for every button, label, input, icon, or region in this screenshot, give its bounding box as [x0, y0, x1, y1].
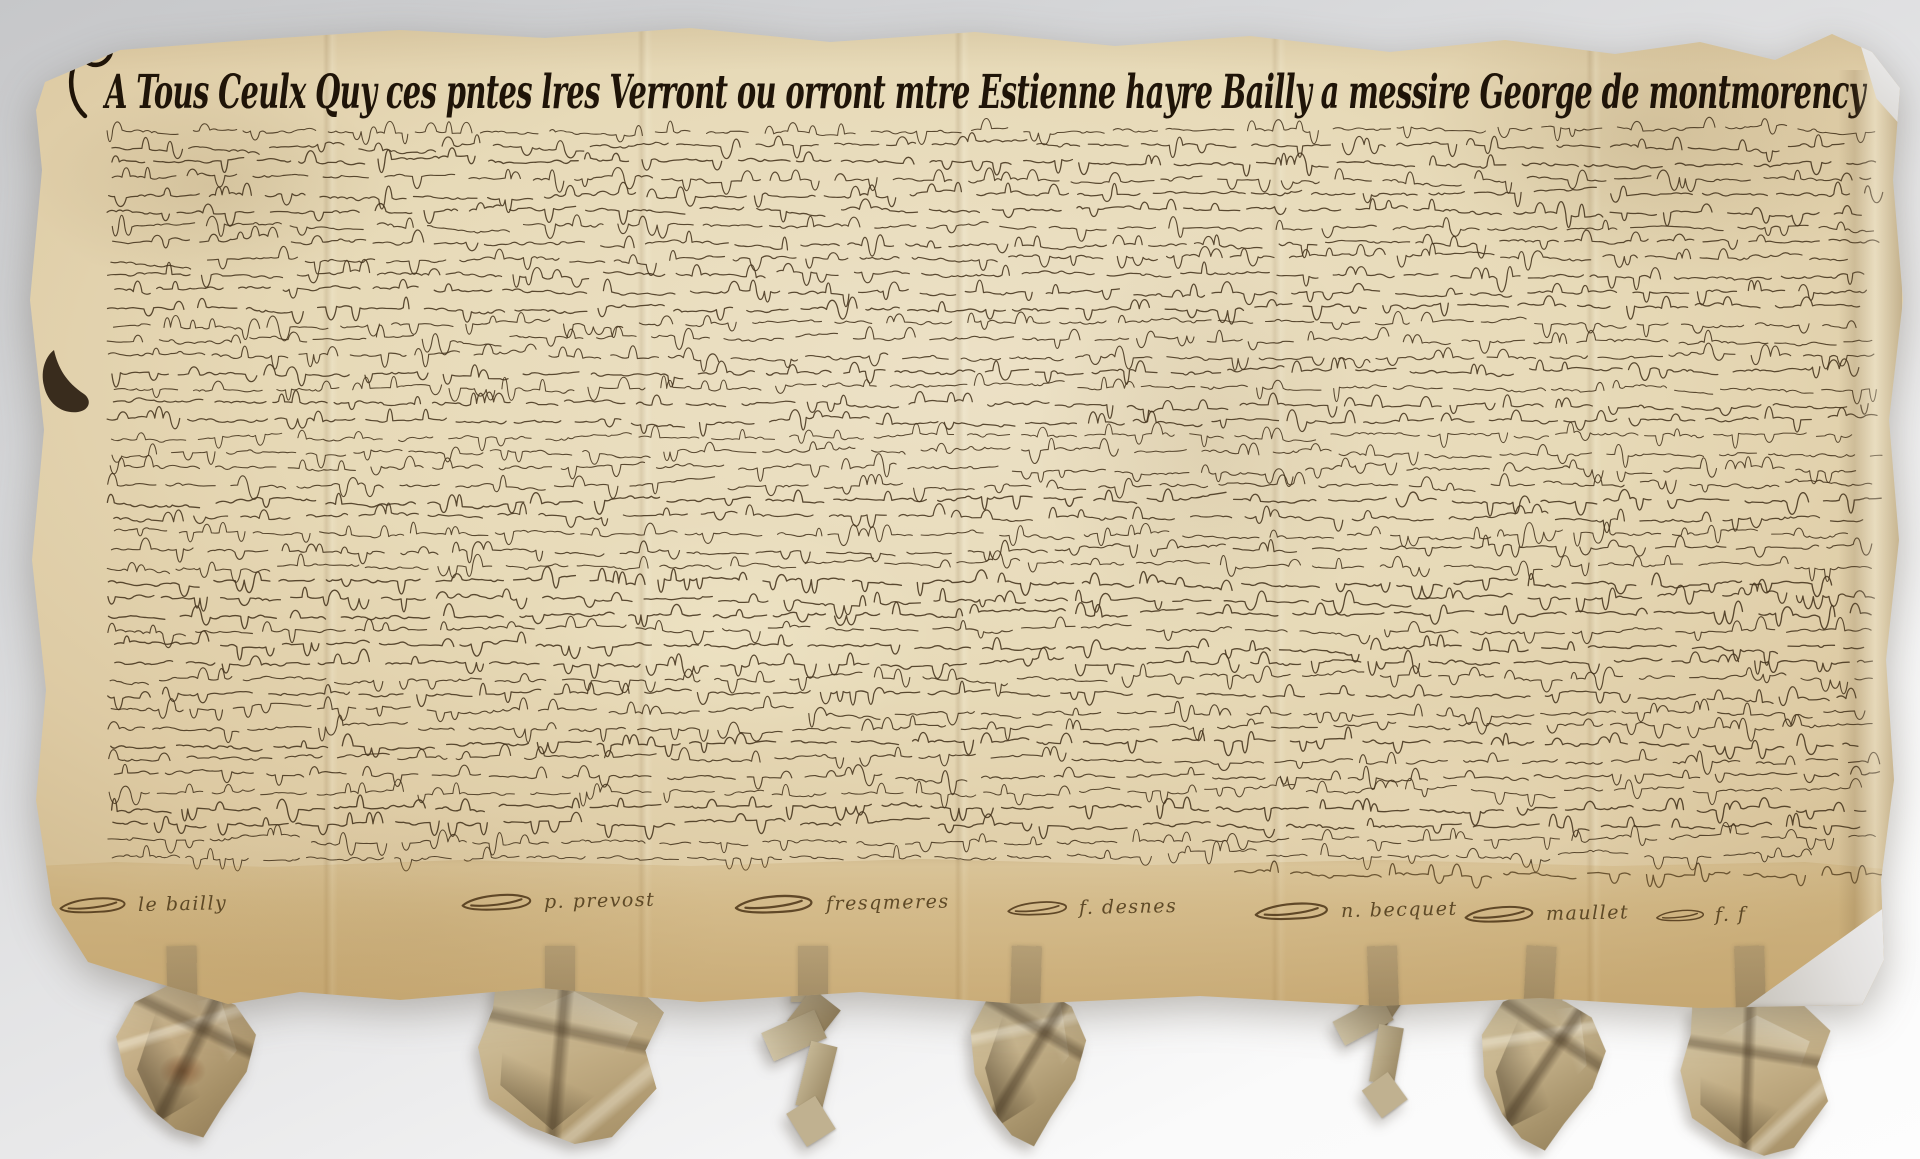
script-line — [115, 648, 1873, 679]
script-line — [110, 664, 1872, 696]
plica-strip — [1367, 945, 1399, 1008]
script-line — [108, 681, 1856, 709]
script-line — [113, 812, 1860, 839]
signature: f. desnes — [1006, 894, 1157, 923]
script-line — [108, 259, 1864, 291]
script-line — [114, 373, 1876, 403]
script-line — [111, 243, 1847, 275]
script-line — [110, 454, 1855, 487]
signature: n. becquet — [1253, 897, 1439, 927]
script-line — [108, 472, 1872, 501]
script-line — [109, 744, 1880, 774]
signature: f. f — [1655, 902, 1776, 931]
script-line — [112, 133, 1844, 162]
signature-paraph-icon — [460, 890, 538, 918]
signature-paraph-icon — [1463, 902, 1540, 930]
signature: fresqmeres — [733, 890, 929, 920]
signature-name: le bailly — [138, 892, 228, 916]
plica-strip — [545, 946, 575, 1008]
script-line — [112, 215, 1873, 241]
script-line — [107, 199, 1861, 228]
script-line — [108, 296, 1860, 324]
signature: le bailly — [58, 891, 224, 920]
signature-paraph-icon — [1253, 899, 1335, 927]
script-line — [115, 279, 1867, 306]
script-line — [111, 422, 1851, 450]
signature-paraph-icon — [1655, 903, 1709, 930]
script-line — [109, 182, 1883, 212]
script-line — [114, 503, 1863, 532]
signature-row: le baillyp. prevostfresqmeresf. desnesn.… — [0, 885, 1920, 949]
script-line — [112, 148, 1876, 176]
script-line — [108, 343, 1874, 371]
script-line — [108, 616, 1871, 647]
photo-backdrop: A Tous Ceulx Quy ces pntes lres Verront … — [0, 0, 1920, 1159]
script-line — [112, 358, 1859, 387]
plica-strip — [798, 946, 828, 1008]
signature-name: p. prevost — [544, 888, 656, 912]
signature-name: maullet — [1546, 901, 1630, 925]
script-line — [112, 438, 1882, 467]
script-line — [113, 226, 1879, 258]
plica-strip — [166, 946, 197, 1009]
charter-shadow-wrap: A Tous Ceulx Quy ces pntes lres Verront … — [0, 0, 1920, 1159]
parchment-sheet: A Tous Ceulx Quy ces pntes lres Verront … — [0, 0, 1920, 1159]
signature: maullet — [1463, 900, 1636, 930]
script-line — [108, 567, 1831, 599]
plica-strip — [1010, 946, 1042, 1009]
script-line — [108, 822, 1875, 855]
heading-script: A Tous Ceulx Quy ces pntes lres Verront … — [55, 28, 1890, 128]
signature-name: fresqmeres — [826, 890, 950, 915]
script-line — [114, 522, 1847, 547]
right-edge-fold — [1838, 70, 1902, 990]
script-line — [108, 579, 1874, 618]
body-script — [103, 118, 1893, 888]
signature: p. prevost — [460, 888, 636, 918]
plica-strip — [1523, 945, 1556, 1008]
signature-paraph-icon — [733, 892, 820, 920]
signature-name: f. f — [1715, 903, 1747, 926]
script-line — [115, 631, 1864, 665]
ink-blot — [40, 348, 104, 422]
script-line — [107, 325, 1872, 355]
script-line — [112, 795, 1866, 825]
signature-name: f. desnes — [1079, 894, 1178, 918]
script-line — [107, 407, 1877, 437]
script-line — [109, 777, 1862, 808]
signature-paraph-icon — [1006, 896, 1073, 923]
signature-name: n. becquet — [1341, 897, 1458, 921]
script-line — [112, 167, 1871, 194]
signature-paraph-icon — [58, 893, 132, 921]
heading-text: A Tous Ceulx Quy ces pntes lres Verront … — [103, 65, 1868, 120]
